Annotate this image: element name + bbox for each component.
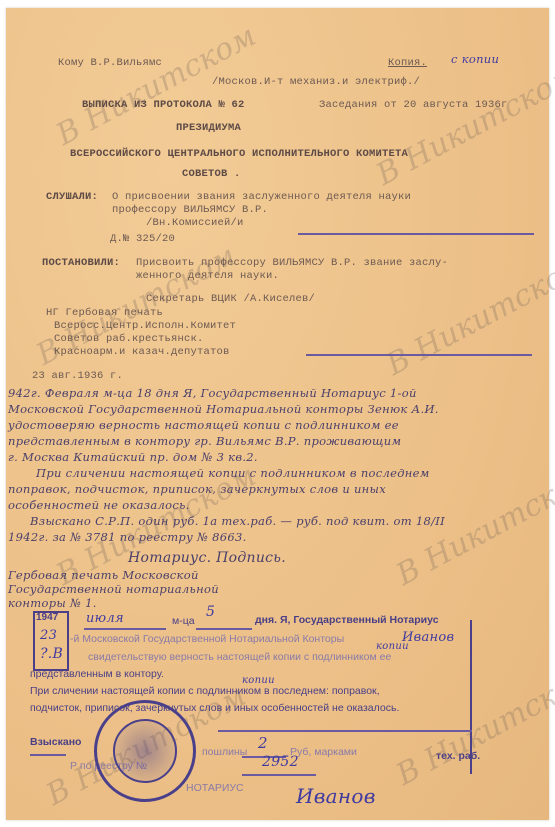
stamp-text: НОТАРИУС (186, 782, 244, 794)
seal-line: Красноарм.и казач.депутатов (54, 346, 230, 358)
stamp-copy-hand: копии (376, 641, 409, 652)
stamp-day-hand: 5 (206, 604, 215, 620)
stamp-initials: ?.В (40, 646, 63, 662)
stamp-border (218, 730, 472, 732)
stamp-year: 1947 (36, 612, 58, 623)
stamp-underline (84, 628, 166, 630)
stamp-text: тех. раб. (436, 750, 480, 762)
heard-text: О присвоении звания заслуженного деятеля… (112, 191, 411, 203)
round-seal (94, 700, 196, 802)
title-presidium: ПРЕЗИДИУМА (176, 122, 241, 134)
stamp-register-num: 23 (40, 628, 57, 643)
stamp-registry-hand: 2952 (262, 754, 299, 770)
document-page: В Никитском В Никитском В Никитском В Ни… (6, 8, 549, 820)
copy-handwritten-note: с копии (451, 52, 499, 66)
stamp-underline (242, 774, 316, 776)
notary-signature: Иванов (296, 784, 376, 808)
stamp-text: м-ца (172, 615, 195, 627)
seal-emblem-icon (113, 719, 177, 783)
divider (306, 354, 532, 356)
seal-note-line: Гербовая печать Московской (8, 568, 199, 582)
stamp-copy-hand: копии (242, 675, 275, 686)
notary-text-line: 942г. Февраля м-ца 18 дня Я, Государстве… (8, 386, 417, 400)
title-soviets: СОВЕТОВ . (182, 168, 241, 180)
case-number: Д.№ 325/20 (110, 233, 175, 245)
seal-line: НГ Гербовая печать (46, 307, 163, 319)
stamp-text: пошлины (202, 746, 247, 758)
stamp-text: Взыскано (30, 736, 81, 748)
stamp-text: подчисток, приписок, зачеркнутых слов и … (30, 702, 399, 714)
stamp-text: дня. Я, Государственный Нотариус (255, 614, 439, 626)
stamp-notary-name-hand: Иванов (402, 630, 454, 645)
notary-text-line: г. Москва Китайский пр. дом № 3 кв.2. (8, 450, 258, 464)
stamp-text: представленным в контору. (30, 668, 164, 680)
stamp-underline (196, 628, 252, 630)
notary-text-line: 1942г. за № 3781 по реестру № 8663. (8, 530, 247, 544)
title-session-date: Заседания от 20 августа 1936г (319, 99, 508, 111)
stamp-text: свидетельствую верность настоящей копии … (88, 651, 391, 663)
institution: /Москов.И-т механиз.и электриф./ (212, 76, 420, 88)
watermark: В Никитском (391, 658, 555, 792)
seal-line: Советов раб.крестьянск. (54, 333, 204, 345)
resolved-text: женного деятеля науки. (136, 270, 279, 282)
recipient: Кому В.Р.Вильямс (58, 57, 162, 69)
divider (298, 233, 534, 235)
notary-text-line: особенностей не оказалось. (8, 498, 190, 512)
title-committee: ВСЕРОССИЙСКОГО ЦЕНТРАЛЬНОГО ИСПОЛНИТЕЛЬН… (70, 148, 408, 160)
seal-line: Всеросс.Центр.Исполн.Комитет (54, 320, 236, 332)
notary-text-line: Московской Государственной Нотариальной … (8, 402, 439, 416)
notary-text-line: При сличении настоящей копии с подлинник… (36, 466, 430, 480)
resolved-text: Присвоить профессору ВИЛЬЯМСУ В.Р. звани… (136, 257, 448, 269)
stamp-text: -й Московской Государственной Нотариальн… (70, 633, 344, 645)
seal-note-line: конторы № 1. (8, 596, 97, 610)
heard-text: /Вн.Комиссией/и (146, 217, 244, 229)
stamp-month-hand: июля (86, 611, 124, 626)
heard-label: СЛУШАЛИ: (46, 191, 98, 203)
heard-text: профессору ВИЛЬЯМСУ В.Р. (112, 204, 268, 216)
stamp-text: Руб, марками (290, 746, 357, 758)
stamp-underline (30, 754, 66, 756)
resolved-label: ПОСТАНОВИЛИ: (42, 257, 120, 269)
document-date: 23 авг.1936 г. (32, 370, 123, 382)
notary-signature-note: Нотариус. Подпись. (128, 550, 286, 566)
stamp-border (470, 620, 472, 774)
stamp-fee-hand: 2 (258, 734, 268, 752)
notary-text-line: Взыскано С.Р.П. один руб. 1а тех.раб. — … (30, 514, 445, 528)
notary-text-line: удостоверяю верность настоящей копии с п… (8, 418, 399, 432)
stamp-text: При сличении настоящей копии с подлинник… (30, 685, 380, 697)
seal-note-line: Государственной нотариальной (8, 582, 219, 596)
notary-text-line: поправок, подчисток, приписок, зачеркнут… (8, 482, 386, 496)
copy-label: Копия. (388, 57, 427, 69)
title-extract: ВЫПИСКА ИЗ ПРОТОКОЛА № 62 (82, 99, 245, 111)
notary-text-line: представленным в контору гр. Вильямс В.Р… (8, 434, 401, 448)
secretary: Секретарь ВЦИК /А.Киселев/ (146, 293, 315, 305)
